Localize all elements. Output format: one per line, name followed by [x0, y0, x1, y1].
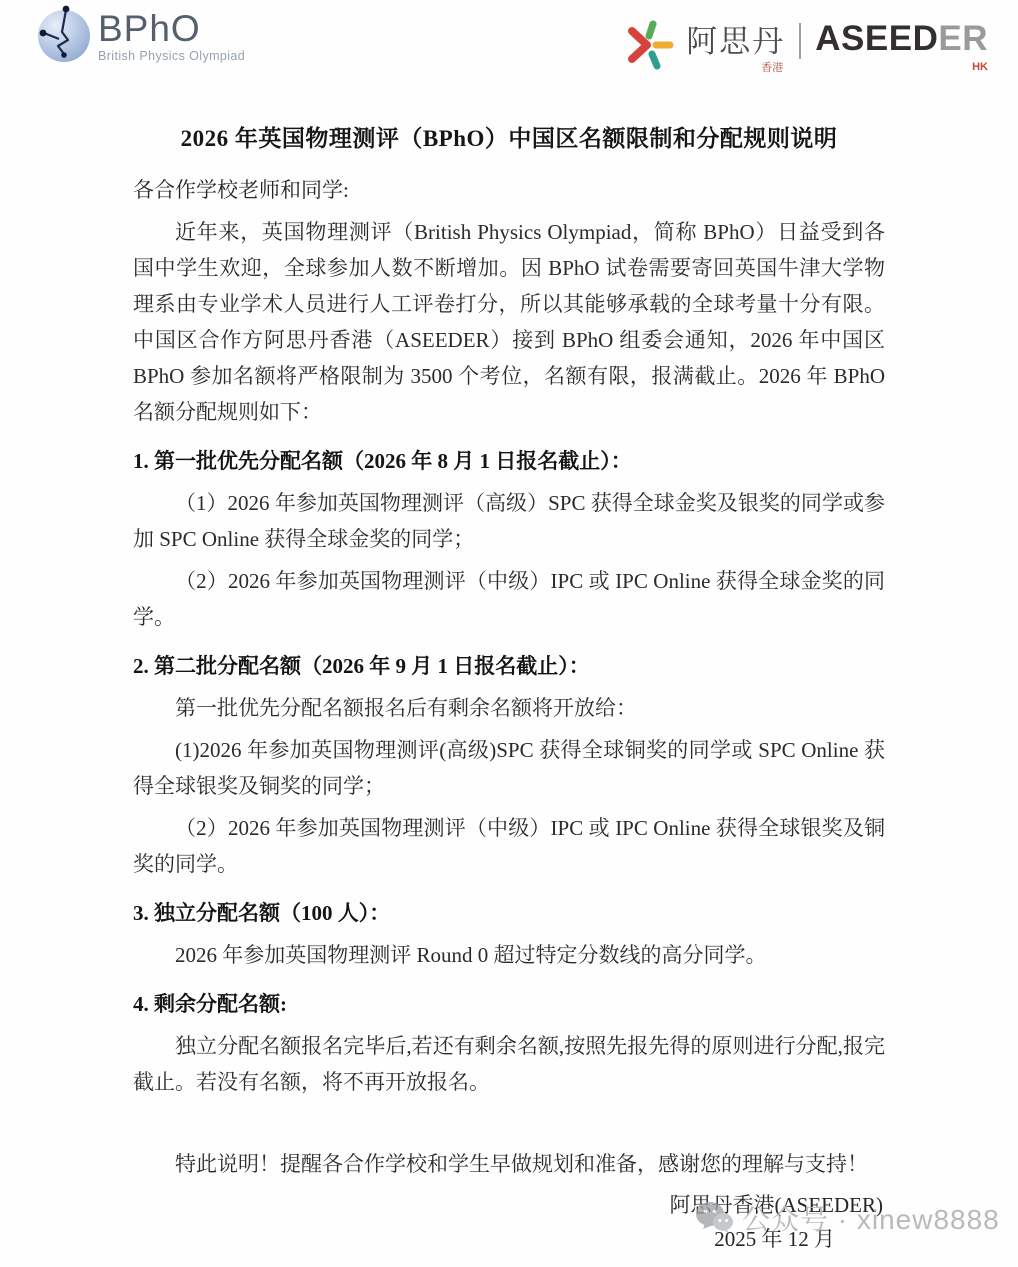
signature: 阿思丹香港(ASEEDER): [133, 1190, 885, 1220]
document-body: 2026 年英国物理测评（BPhO）中国区名额限制和分配规则说明 各合作学校老师…: [133, 76, 885, 1254]
page-header: BPhO British Physics Olympiad 阿思丹 香港 ASE…: [0, 0, 1018, 76]
salutation: 各合作学校老师和同学:: [133, 172, 885, 208]
bpho-logo-text: BPhO: [98, 10, 245, 47]
bpho-atom-icon: [38, 10, 90, 62]
aseeder-cn-region: 香港: [761, 59, 783, 75]
section-3-body: 2026 年参加英国物理测评 Round 0 超过特定分数线的高分同学。: [133, 937, 885, 973]
section-2-item-2: （2）2026 年参加英国物理测评（中级）IPC 或 IPC Online 获得…: [133, 810, 885, 882]
section-3-heading: 3. 独立分配名额（100 人）：: [133, 895, 885, 931]
aseeder-cn-name: 阿思丹: [686, 24, 785, 59]
logo-divider: [799, 23, 801, 59]
section-1-item-2: （2）2026 年参加英国物理测评（中级）IPC 或 IPC Online 获得…: [133, 563, 885, 635]
section-1-item-1: （1）2026 年参加英国物理测评（高级）SPC 获得全球金奖及银奖的同学或参加…: [133, 485, 885, 557]
section-2-heading: 2. 第二批分配名额（2026 年 9 月 1 日报名截止）：: [133, 648, 885, 684]
section-4-body: 独立分配名额报名完毕后,若还有剩余名额,按照先报先得的原则进行分配,报完截止。若…: [133, 1028, 885, 1100]
document-page: BPhO British Physics Olympiad 阿思丹 香港 ASE…: [0, 0, 1018, 1267]
page-title: 2026 年英国物理测评（BPhO）中国区名额限制和分配规则说明: [133, 122, 885, 156]
section-1-heading: 1. 第一批优先分配名额（2026 年 8 月 1 日报名截止）：: [133, 443, 885, 479]
date: 2025 年 12 月: [133, 1224, 885, 1254]
intro-paragraph: 近年来，英国物理测评（British Physics Olympiad，简称 B…: [133, 214, 885, 430]
aseeder-en-name: ASEEDER: [815, 19, 988, 58]
aseeder-star-icon: [626, 20, 674, 70]
closing-statement: 特此说明！提醒各合作学校和学生早做规划和准备，感谢您的理解与支持！: [133, 1146, 885, 1182]
aseeder-logo: 阿思丹 香港 ASEEDER HK: [626, 16, 988, 73]
section-4-heading: 4. 剩余分配名额:: [133, 986, 885, 1022]
bpho-logo: BPhO British Physics Olympiad: [38, 10, 245, 63]
aseeder-en-region: HK: [972, 61, 988, 73]
bpho-logo-subtitle: British Physics Olympiad: [98, 50, 245, 63]
section-2-item-1: (1)2026 年参加英国物理测评(高级)SPC 获得全球铜奖的同学或 SPC …: [133, 732, 885, 804]
section-2-intro: 第一批优先分配名额报名后有剩余名额将开放给：: [133, 690, 885, 726]
